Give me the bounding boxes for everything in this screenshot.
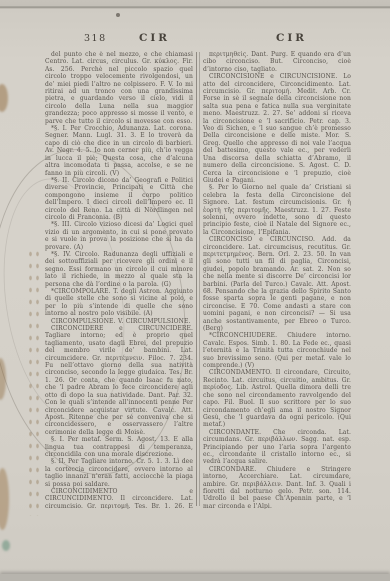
dictionary-paragraph: CIRCONCISIONE e CIRCUNCISIONE. Lo atto d… — [203, 73, 351, 184]
dictionary-paragraph: *§. I. Per Crocchio, Adunanza. Lat. coro… — [45, 125, 193, 177]
dictionary-paragraph: CIRCONCIDIMENTO e CIRCUNCIDIMENTO. Il ci… — [45, 488, 193, 509]
foxing-speckles — [27, 248, 39, 516]
column-divider — [199, 52, 200, 506]
dictionary-paragraph: *§. IV. Circolo. Radunanza degli uffizia… — [45, 251, 193, 288]
dictionary-paragraph: *CIRCONCHIUDERE. Chiudere intorno. Caval… — [203, 332, 351, 369]
dictionary-paragraph: §. Per lo Giorno nel quale da’ Cristiani… — [203, 184, 351, 236]
dictionary-paragraph: CIRCOMPULSIONE. V. CIRCUMPULSIONE. — [45, 318, 193, 325]
dictionary-paragraph: *§. II. Circolo dicono da’ Geografi e Po… — [45, 177, 193, 221]
ink-speck — [116, 13, 120, 17]
dictionary-paragraph: §. I. Per metaf. Serm. S. Agost. 13. E a… — [45, 436, 193, 458]
dictionary-paragraph: CIRCONDAMENTO. Il circondare, Circuito, … — [203, 369, 351, 428]
running-head-left: CIR — [139, 32, 170, 44]
dictionary-paragraph: del punto che è nel mezzo, e che chiamas… — [45, 51, 193, 125]
page-bottom-edge — [0, 574, 390, 581]
dictionary-paragraph: CIRCONCIDERE e CIRCUNCIDERE. Tagliare in… — [45, 325, 193, 436]
ink-speck — [2, 540, 10, 551]
foxing-stain — [0, 468, 9, 530]
foxing-stain — [0, 84, 8, 112]
dictionary-paragraph: CIRCONCISO e CIRCUNCISO. Add. da circonc… — [203, 236, 351, 332]
dictionary-paragraph: περιτμηθείς. Dant. Purg. E quando era d’… — [203, 51, 351, 73]
dictionary-paragraph: §. II. Per Tagliare intorno. Cr. 5. 1. 3… — [45, 458, 193, 488]
dictionary-paragraph: CIRCONDANTE. Che circonda. Lat. circumda… — [203, 429, 351, 466]
running-head-right: CIR — [276, 32, 307, 44]
dictionary-paragraph: CIRCONDARE. Chiudere e Stringere intorno… — [203, 466, 351, 509]
dictionary-paragraph: *§. III. Circolo vizioso dicesi da’ Logi… — [45, 221, 193, 251]
page-number: 318 — [84, 33, 107, 44]
column-divider — [196, 52, 197, 506]
book-page: 318 CIR CIR del punto che è nel mezzo, e… — [0, 0, 390, 581]
dictionary-paragraph: *CIRCOMPOLARE. T. degli Astron. Aggiunto… — [45, 288, 193, 318]
left-text-column: del punto che è nel mezzo, e che chiamas… — [45, 51, 193, 509]
right-text-column: περιτμηθείς. Dant. Purg. E quando era d’… — [203, 51, 351, 509]
foxing-stain — [0, 358, 6, 400]
